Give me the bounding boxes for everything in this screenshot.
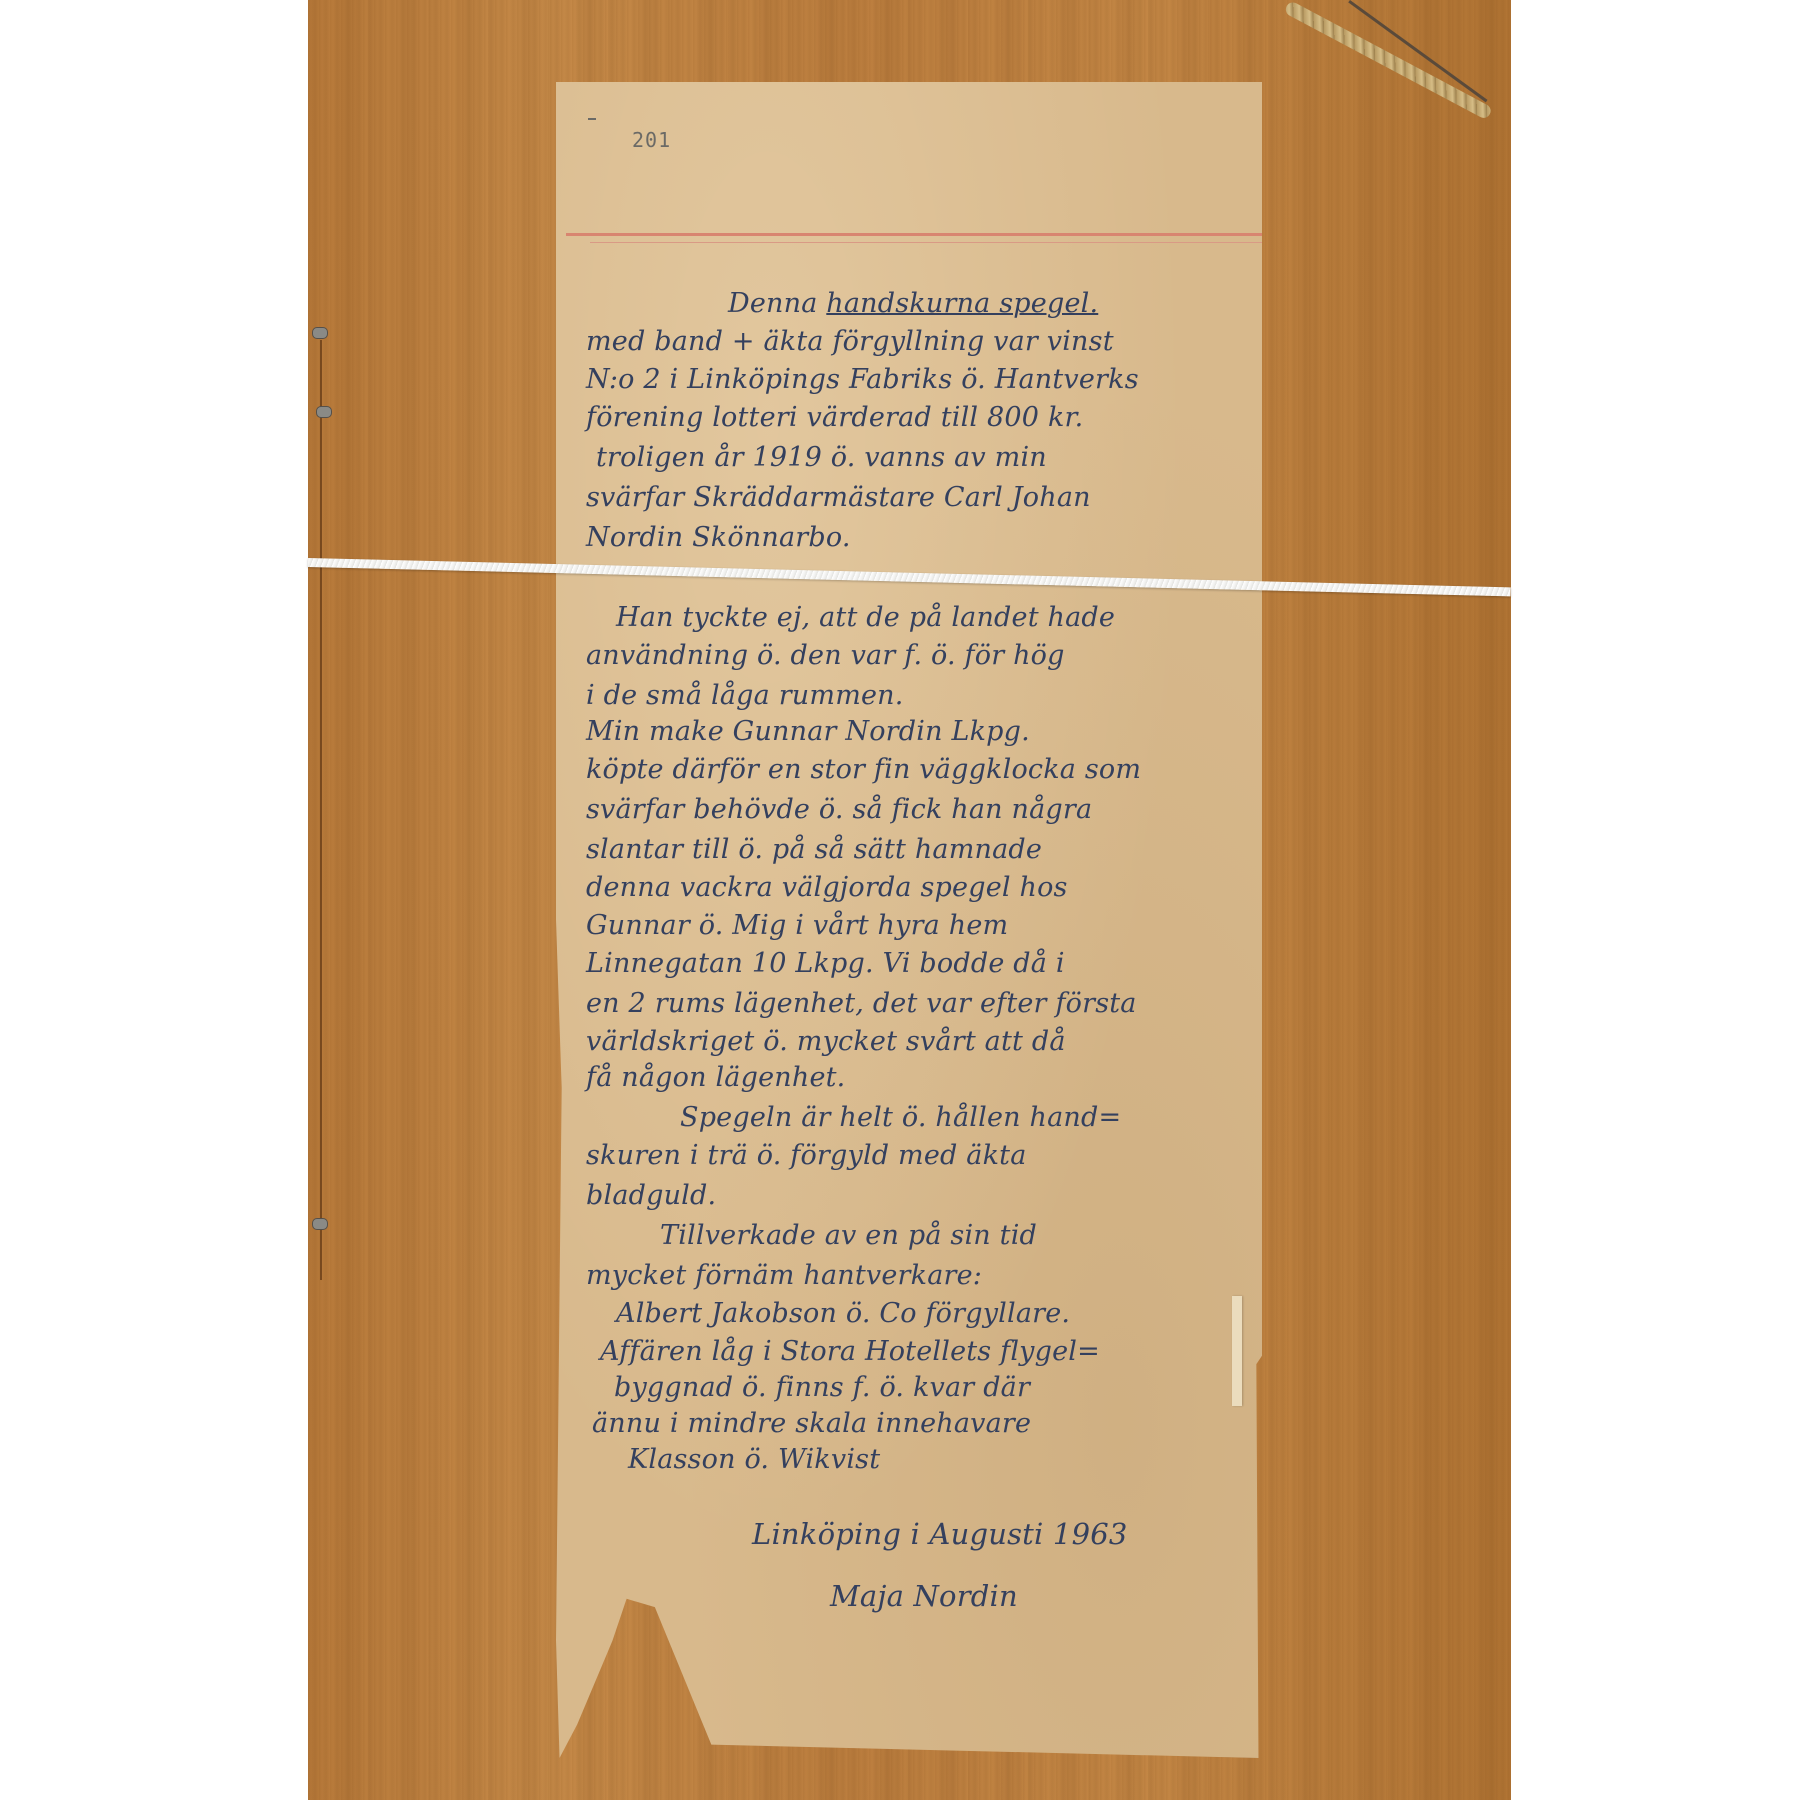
stamp-number: 201 xyxy=(632,128,671,152)
text-line: Han tyckte ej, att de på landet hade xyxy=(616,604,1276,631)
text-line: Affären låg i Stora Hotellets flygel= xyxy=(600,1338,1260,1365)
text-line: mycket förnäm hantverkare: xyxy=(586,1262,1246,1289)
text-line: svärfar Skräddarmästare Carl Johan xyxy=(586,484,1246,511)
title-prefix: Denna xyxy=(728,288,826,319)
ruled-line xyxy=(590,242,1262,243)
text-line: Tillverkade av en på sin tid xyxy=(660,1222,1320,1249)
nail-icon xyxy=(312,327,328,339)
text-line: byggnad ö. finns f. ö. kvar där xyxy=(614,1374,1274,1401)
text-line: ännu i mindre skala innehavare xyxy=(592,1410,1252,1437)
wood-crack xyxy=(320,340,322,1280)
note-title: Denna handskurna spegel. xyxy=(728,290,1388,317)
text-line: Klasson ö. Wikvist xyxy=(628,1446,1288,1473)
text-line: i de små låga rummen. xyxy=(586,682,1246,709)
text-line: skuren i trä ö. förgyld med äkta xyxy=(586,1142,1246,1169)
nail-icon xyxy=(316,406,332,418)
text-line: med band + äkta förgyllning var vinst xyxy=(586,328,1246,355)
text-line: bladguld. xyxy=(586,1182,1246,1209)
text-line: Albert Jakobson ö. Co förgyllare. xyxy=(616,1300,1276,1327)
text-line: denna vackra välgjorda spegel hos xyxy=(586,874,1246,901)
text-line: världskriget ö. mycket svårt att då xyxy=(586,1028,1246,1055)
text-line: slantar till ö. på så sätt hamnade xyxy=(586,836,1246,863)
torn-paper-flap xyxy=(1232,1296,1242,1406)
text-line: få någon lägenhet. xyxy=(586,1064,1246,1091)
text-line: Min make Gunnar Nordin Lkpg. xyxy=(586,718,1246,745)
ruled-line xyxy=(566,233,1262,236)
text-line: N:o 2 i Linköpings Fabriks ö. Hantverks xyxy=(586,366,1246,393)
nail-icon xyxy=(312,1218,328,1230)
text-line: Nordin Skönnarbo. xyxy=(586,524,1246,551)
text-line: Gunnar ö. Mig i vårt hyra hem xyxy=(586,912,1246,939)
signature: Maja Nordin xyxy=(830,1582,1490,1611)
stamp-mark xyxy=(588,118,596,120)
text-line: svärfar behövde ö. så fick han några xyxy=(586,796,1246,823)
title-underlined: handskurna spegel. xyxy=(826,288,1098,319)
place-and-date: Linköping i Augusti 1963 xyxy=(752,1520,1412,1549)
text-line: Linnegatan 10 Lkpg. Vi bodde då i xyxy=(586,950,1246,977)
text-line: troligen år 1919 ö. vanns av min xyxy=(596,444,1256,471)
text-line: en 2 rums lägenhet, det var efter första xyxy=(586,990,1246,1017)
text-line: köpte därför en stor fin väggklocka som xyxy=(586,756,1246,783)
text-line: användning ö. den var f. ö. för hög xyxy=(586,642,1246,669)
text-line: förening lotteri värderad till 800 kr. xyxy=(586,404,1246,431)
text-line: Spegeln är helt ö. hållen hand= xyxy=(680,1104,1340,1131)
